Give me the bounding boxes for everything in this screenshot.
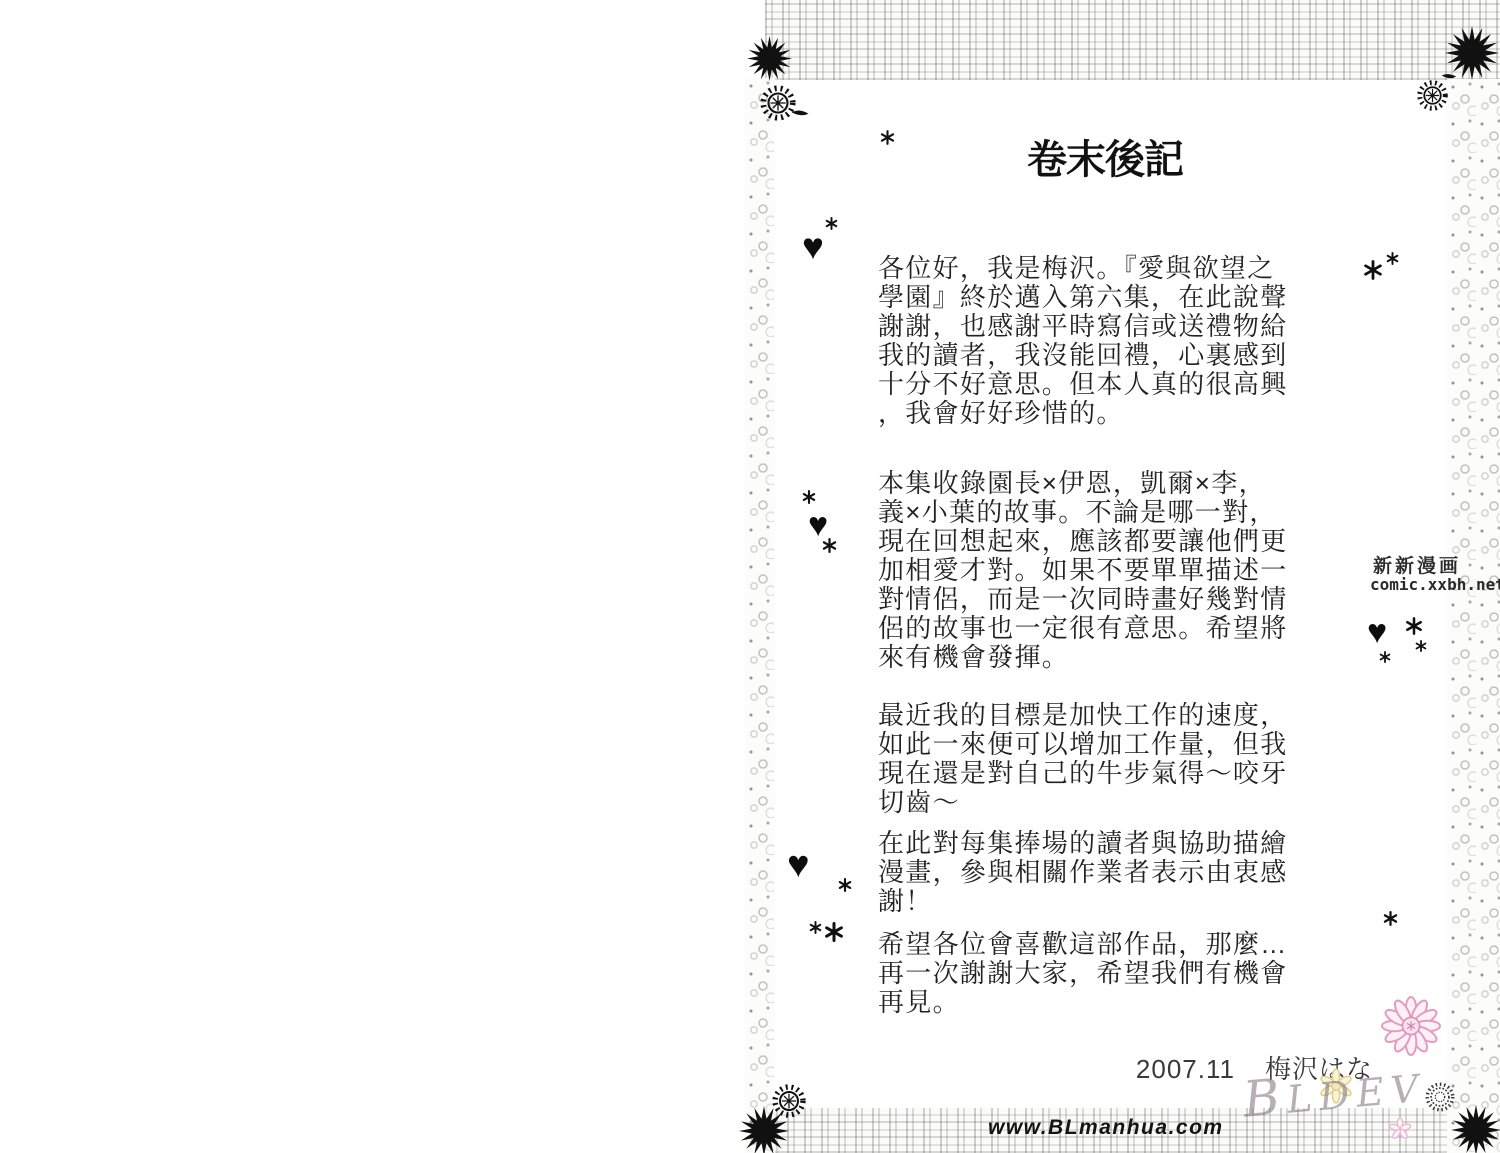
text-line: 各位好，我是梅沢。『愛與欲望之 xyxy=(878,254,1318,283)
site-watermark-bottom: www.BLmanhua.com xyxy=(988,1116,1224,1140)
signature-date: 2007.11 xyxy=(1136,1054,1235,1084)
asterisk-icon xyxy=(825,217,838,230)
text-line: 現在還是對自己的牛步氣得～咬牙 xyxy=(878,759,1318,788)
text-line: 漫畫，參與相關作業者表示由衷感 xyxy=(878,858,1318,887)
text-line: 本集收錄園長×伊恩，凱爾×李， xyxy=(878,469,1318,498)
page-title: 卷末後記 xyxy=(905,128,1305,185)
heart-icon: ♥ xyxy=(802,228,824,265)
text-line: 義×小葉的故事。不論是哪一對， xyxy=(878,498,1318,527)
asterisk-icon xyxy=(880,130,895,145)
text-line: 再見。 xyxy=(878,988,1318,1017)
text-line: ，我會好好珍惜的。 xyxy=(878,399,1318,428)
text-line: 在此對每集捧場的讀者與協助描繪 xyxy=(878,829,1318,858)
text-line: 謝謝，也感謝平時寫信或送禮物給 xyxy=(878,312,1318,341)
sunburst-icon xyxy=(747,36,792,81)
text-line: 侶的故事也一定很有意思。希望將 xyxy=(878,614,1318,643)
text-line: 加相愛才對。如果不要單單描述一 xyxy=(878,556,1318,585)
sunburst-icon xyxy=(1451,1105,1500,1153)
text-line: 對情侶，而是一次同時畫好幾對情 xyxy=(878,585,1318,614)
floral-border-right xyxy=(1447,79,1500,1153)
blank-left-page xyxy=(0,0,745,1153)
asterisk-icon xyxy=(1415,640,1427,652)
text-line: 最近我的目標是加快工作的速度， xyxy=(878,701,1318,730)
asterisk-icon xyxy=(809,921,822,934)
asterisk-icon xyxy=(822,538,837,553)
asterisk-icon xyxy=(1386,252,1399,265)
sunburst-icon xyxy=(739,1106,789,1153)
text-line: 現在回想起來，應該都要讓他們更 xyxy=(878,527,1318,556)
text-line: 再一次謝謝大家，希望我們有機會 xyxy=(878,959,1318,988)
heart-icon: ♥ xyxy=(787,846,810,884)
asterisk-icon xyxy=(1379,651,1391,663)
text-line: 來有機會發揮。 xyxy=(878,643,1318,672)
afterword-paragraph-1: 各位好，我是梅沢。『愛與欲望之學園』終於邁入第六集，在此說聲謝謝，也感謝平時寫信… xyxy=(878,254,1318,428)
text-line: 我的讀者，我沒能回禮，心裏感到 xyxy=(878,341,1318,370)
site-watermark-name: 新新漫画 xyxy=(1373,551,1461,578)
afterword-page: BLDEV 卷末後記 各位好，我是梅沢。『愛與欲望之學園』終於邁入第六集，在此說… xyxy=(745,0,1500,1153)
text-line: 謝！ xyxy=(878,887,1318,916)
text-line: 如此一來便可以增加工作量，但我 xyxy=(878,730,1318,759)
text-line: 希望各位會喜歡這部作品，那麼… xyxy=(878,930,1318,959)
afterword-paragraph-4: 在此對每集捧場的讀者與協助描繪漫畫，參與相關作業者表示由衷感謝！ xyxy=(878,829,1318,916)
spiky-ring-icon xyxy=(759,84,797,122)
asterisk-icon xyxy=(1405,617,1423,635)
text-line: 十分不好意思。但本人真的很高興 xyxy=(878,370,1318,399)
plaid-border-top xyxy=(765,0,1500,80)
small-pink-flower-icon xyxy=(1388,1117,1412,1141)
floral-border-left xyxy=(745,78,775,1153)
pink-daisy-icon xyxy=(1378,993,1444,1059)
afterword-paragraph-2: 本集收錄園長×伊恩，凱爾×李，義×小葉的故事。不論是哪一對，現在回想起來，應該都… xyxy=(878,469,1318,672)
asterisk-icon xyxy=(802,490,816,504)
asterisk-icon xyxy=(824,922,844,942)
asterisk-icon xyxy=(838,878,852,892)
heart-icon: ♥ xyxy=(808,508,828,542)
asterisk-icon xyxy=(1363,260,1383,280)
asterisk-icon xyxy=(1383,911,1398,926)
text-line: 切齒～ xyxy=(878,788,1318,817)
text-line: 學園』終於邁入第六集，在此說聲 xyxy=(878,283,1318,312)
spiky-ring-icon xyxy=(1416,79,1449,112)
afterword-paragraph-5: 希望各位會喜歡這部作品，那麼…再一次謝謝大家，希望我們有機會再見。 xyxy=(878,930,1318,1017)
scanned-spread: BLDEV 卷末後記 各位好，我是梅沢。『愛與欲望之學園』終於邁入第六集，在此說… xyxy=(0,0,1500,1153)
site-watermark-url: comic.xxbh.net xyxy=(1370,575,1500,594)
heart-icon: ♥ xyxy=(1367,615,1387,649)
afterword-paragraph-3: 最近我的目標是加快工作的速度，如此一來便可以增加工作量，但我現在還是對自己的牛步… xyxy=(878,701,1318,817)
